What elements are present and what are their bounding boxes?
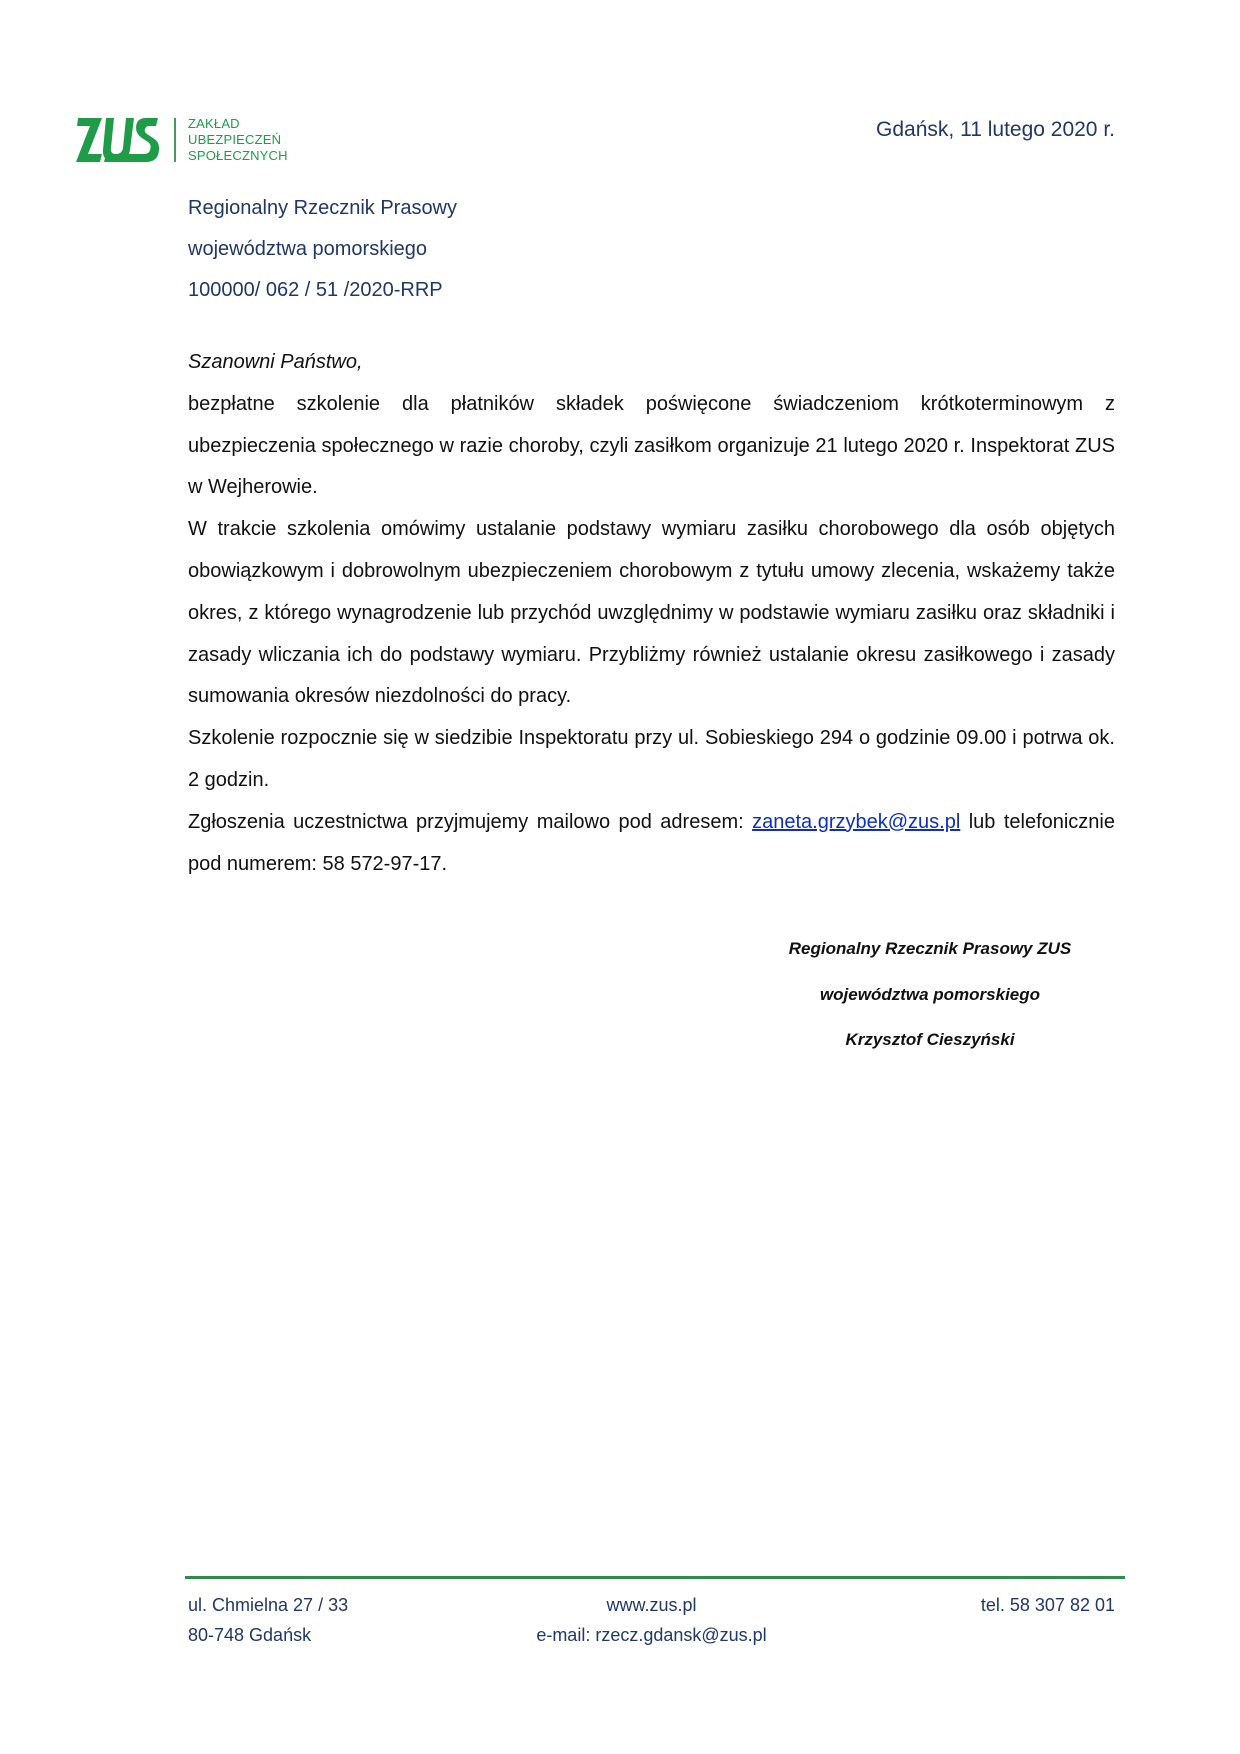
logo-line-3: SPOŁECZNYCH: [188, 148, 288, 164]
paragraph-training-announcement: bezpłatne szkolenie dla płatników składe…: [188, 384, 1115, 509]
footer-contact: tel. 58 307 82 01: [981, 1590, 1115, 1620]
logo-wordmark: ZAKŁAD UBEZPIECZEŃ SPOŁECZNYCH: [188, 116, 288, 164]
signature-name: Krzysztof Cieszyński: [760, 1017, 1100, 1063]
letter-body: Szanowni Państwo, bezpłatne szkolenie dl…: [188, 342, 1115, 885]
paragraph-registration: Zgłoszenia uczestnictwa przyjmujemy mail…: [188, 802, 1115, 886]
registration-email-link[interactable]: zaneta.grzybek@zus.pl: [752, 811, 960, 833]
logo-line-2: UBEZPIECZEŃ: [188, 132, 288, 148]
reference-number: 100000/ 062 / 51 /2020-RRP: [188, 270, 457, 311]
zus-logo-mark-icon: [76, 114, 160, 166]
footer-web: www.zus.pl e-mail: rzecz.gdansk@zus.pl: [188, 1590, 1115, 1650]
footer-phone: tel. 58 307 82 01: [981, 1590, 1115, 1620]
signature-block: Regionalny Rzecznik Prasowy ZUS wojewódz…: [760, 926, 1100, 1063]
sender-block: Regionalny Rzecznik Prasowy województwa …: [188, 188, 457, 311]
greeting: Szanowni Państwo,: [188, 342, 1115, 384]
letter-date: Gdańsk, 11 lutego 2020 r.: [876, 118, 1115, 142]
footer-divider: [185, 1576, 1125, 1579]
signature-title: Regionalny Rzecznik Prasowy ZUS: [760, 926, 1100, 972]
paragraph-training-scope: W trakcie szkolenia omówimy ustalanie po…: [188, 509, 1115, 718]
zus-logo: ZAKŁAD UBEZPIECZEŃ SPOŁECZNYCH: [76, 114, 316, 168]
logo-line-1: ZAKŁAD: [188, 116, 288, 132]
sender-title: Regionalny Rzecznik Prasowy: [188, 188, 457, 229]
paragraph-training-venue: Szkolenie rozpocznie się w siedzibie Ins…: [188, 718, 1115, 802]
signature-region: województwa pomorskiego: [760, 972, 1100, 1018]
footer-email[interactable]: e-mail: rzecz.gdansk@zus.pl: [188, 1620, 1115, 1650]
registration-text-before: Zgłoszenia uczestnictwa przyjmujemy mail…: [188, 811, 752, 833]
footer-website-link[interactable]: www.zus.pl: [188, 1590, 1115, 1620]
sender-region: województwa pomorskiego: [188, 229, 457, 270]
logo-divider: [174, 118, 176, 162]
